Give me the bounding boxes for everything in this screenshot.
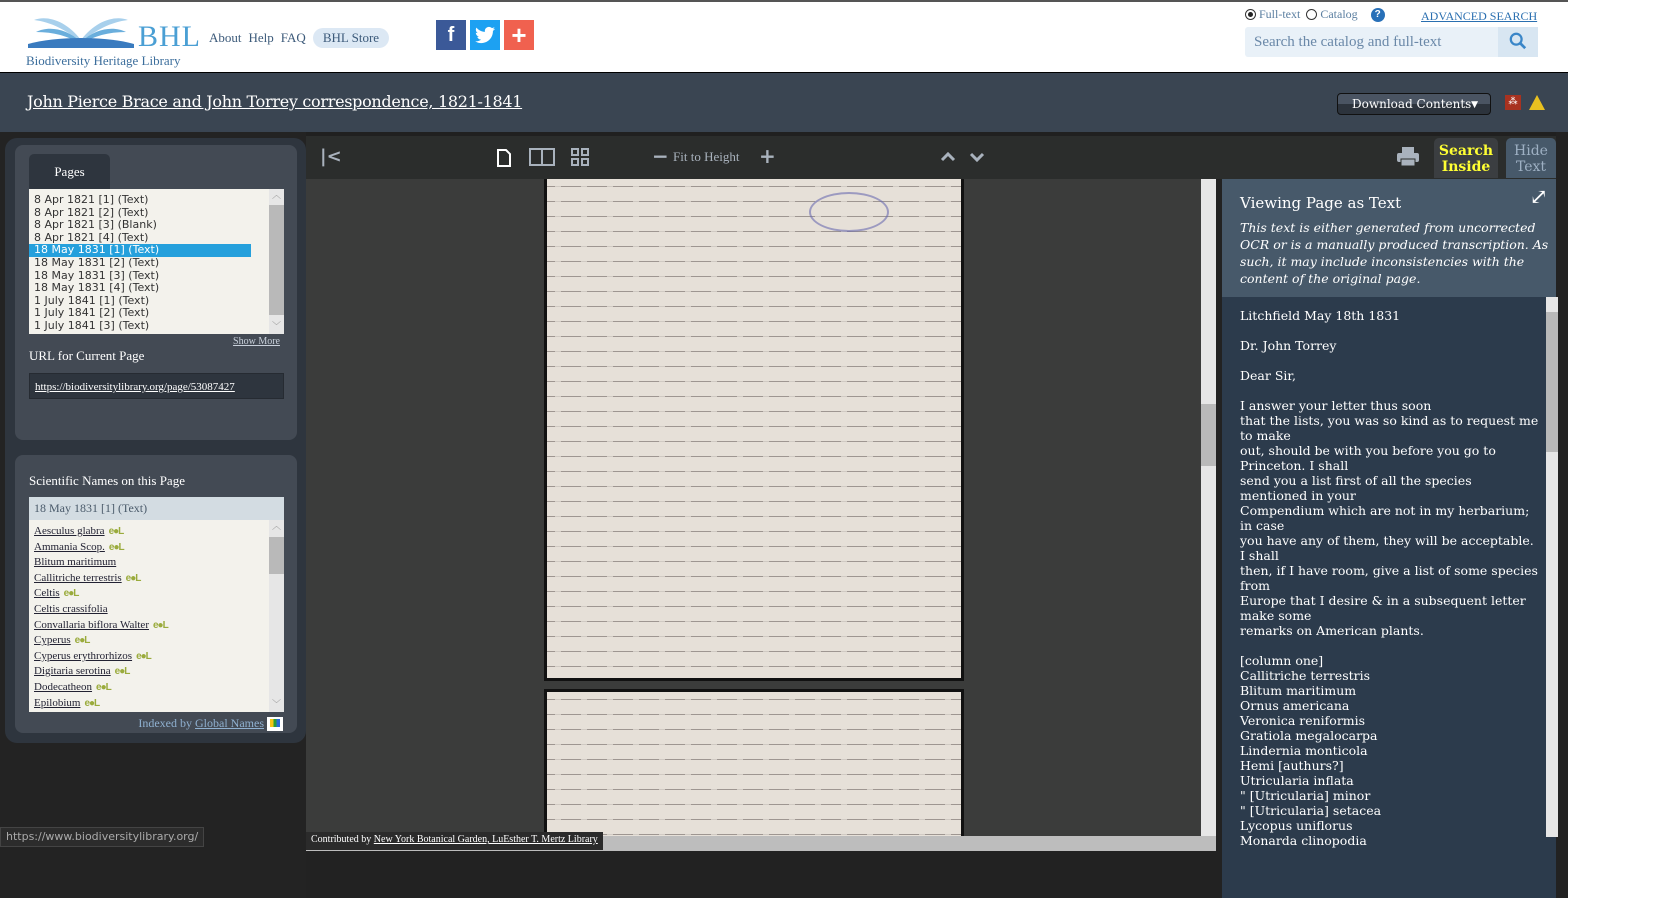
page-list-item[interactable]: 8 Apr 1821 [1] (Text) <box>29 194 251 207</box>
report-error-icon[interactable] <box>1529 95 1545 110</box>
eol-icon[interactable]: e●L <box>136 649 151 665</box>
help-icon[interactable]: ? <box>1371 8 1385 22</box>
name-item[interactable]: Ammania Scop.e●L <box>34 540 168 556</box>
single-page-view-icon[interactable] <box>496 148 512 168</box>
download-contents-button[interactable]: Download Contents ▼ <box>1337 93 1491 115</box>
eol-icon[interactable]: e●L <box>64 586 79 602</box>
url-label: URL for Current Page <box>29 348 144 364</box>
name-item[interactable]: Celtise●L <box>34 586 168 602</box>
first-page-icon[interactable]: |< <box>320 146 342 167</box>
scroll-down-icon[interactable]: ﹀ <box>269 320 284 334</box>
scientific-names-title: Scientific Names on this Page <box>29 473 185 489</box>
name-item[interactable]: Convallaria biflora Waltere●L <box>34 618 168 634</box>
search-box <box>1245 27 1538 57</box>
radio-fulltext[interactable] <box>1245 9 1256 20</box>
page-viewer[interactable] <box>306 179 1201 836</box>
print-icon[interactable] <box>1397 147 1419 167</box>
page-list-item[interactable]: 18 May 1831 [4] (Text) <box>29 282 251 295</box>
names-page-label: 18 May 1831 [1] (Text) <box>29 497 284 520</box>
ocr-disclaimer: This text is either generated from uncor… <box>1240 219 1550 287</box>
expand-icon[interactable]: ⤢ <box>1530 185 1548 210</box>
page-list[interactable]: 8 Apr 1821 [1] (Text) 8 Apr 1821 [2] (Te… <box>29 189 284 334</box>
name-item[interactable]: Digitaria serotinae●L <box>34 664 168 680</box>
eol-icon[interactable]: e●L <box>109 540 124 556</box>
scroll-down-icon[interactable]: ﹀ <box>269 698 284 712</box>
viewer-scrollbar[interactable] <box>1201 179 1216 836</box>
two-page-view-icon[interactable] <box>529 148 555 166</box>
text-pane-scrollbar[interactable] <box>1546 297 1558 837</box>
grid-view-icon[interactable] <box>571 148 589 166</box>
indexed-by: Indexed by Global Names <box>138 716 283 731</box>
radio-fulltext-label: Full-text <box>1259 7 1300 22</box>
contributor-link[interactable]: New York Botanical Garden, LuEsther T. M… <box>374 834 598 845</box>
status-bar-url: https://www.biodiversitylibrary.org/ <box>0 827 204 847</box>
nav-bhl-store[interactable]: BHL Store <box>313 28 389 48</box>
current-page-url[interactable]: https://biodiversitylibrary.org/page/530… <box>29 373 284 399</box>
name-item[interactable]: Cyperuse●L <box>34 633 168 649</box>
logo-subtitle: Biodiversity Heritage Library <box>26 53 181 69</box>
scientific-names-panel: Scientific Names on this Page 18 May 183… <box>15 455 297 733</box>
name-item[interactable]: Callitriche terrestrise●L <box>34 571 168 587</box>
eol-icon[interactable]: e●L <box>115 664 130 680</box>
search-input[interactable] <box>1245 27 1497 57</box>
pages-panel: Pages 8 Apr 1821 [1] (Text) 8 Apr 1821 [… <box>15 145 297 440</box>
zoom-out-icon[interactable]: − <box>652 144 669 168</box>
eol-icon[interactable]: e●L <box>96 680 111 696</box>
download-label: Download Contents <box>1352 97 1471 111</box>
name-item[interactable]: Celtis crassifolia <box>34 602 168 618</box>
scrollbar-thumb[interactable] <box>1201 404 1216 466</box>
twitter-icon[interactable] <box>470 20 500 50</box>
names-list-scrollbar[interactable]: ︿ ﹀ <box>269 520 284 712</box>
radio-catalog[interactable] <box>1306 9 1317 20</box>
scrollbar-thumb[interactable] <box>269 537 284 574</box>
top-nav: About Help FAQ BHL Store <box>209 28 389 48</box>
title-bar: John Pierce Brace and John Torrey corres… <box>0 72 1662 132</box>
facebook-icon[interactable]: f <box>436 20 466 50</box>
search-inside-button[interactable]: Search Inside <box>1434 138 1498 178</box>
global-names-icon[interactable] <box>267 717 283 731</box>
share-plus-icon[interactable]: + <box>504 20 534 50</box>
page-list-item[interactable]: 18 May 1831 [2] (Text) <box>29 257 251 270</box>
site-header: BHL Biodiversity Heritage Library About … <box>0 0 1662 72</box>
search-scope: Full-text Catalog ? <box>1245 7 1385 22</box>
nav-faq[interactable]: FAQ <box>281 30 306 46</box>
social-links: f + <box>436 20 534 50</box>
name-item[interactable]: Aesculus glabrae●L <box>34 524 168 540</box>
magnifier-icon <box>1509 32 1527 50</box>
manuscript-page-image <box>544 179 964 681</box>
advanced-search-link[interactable]: ADVANCED SEARCH <box>1421 9 1537 24</box>
scientific-names-list[interactable]: Aesculus glabrae●L Ammania Scop.e●L Blit… <box>29 520 284 712</box>
search-button[interactable] <box>1498 27 1538 57</box>
scrollbar-thumb[interactable] <box>1546 312 1558 452</box>
page-list-item[interactable]: 1 July 1841 [3] (Text) <box>29 320 251 333</box>
name-item[interactable]: Dodecatheone●L <box>34 680 168 696</box>
eol-icon[interactable]: e●L <box>75 633 90 649</box>
previous-page-icon[interactable] <box>940 152 956 162</box>
mendeley-icon[interactable]: ⁂ <box>1505 95 1521 110</box>
show-more-link[interactable]: Show More <box>233 336 280 347</box>
scroll-up-icon[interactable]: ︿ <box>269 189 284 203</box>
eol-icon[interactable]: e●L <box>109 524 124 540</box>
eol-icon[interactable]: e●L <box>153 618 168 634</box>
logo-text: BHL <box>138 20 201 54</box>
eol-icon[interactable]: e●L <box>126 571 141 587</box>
radio-catalog-label: Catalog <box>1320 7 1357 22</box>
chevron-down-icon: ▼ <box>1471 95 1478 115</box>
manuscript-page-image <box>544 689 964 836</box>
text-pane-title: Viewing Page as Text <box>1240 194 1401 212</box>
name-item[interactable]: Epilobiume●L <box>34 696 168 712</box>
zoom-in-icon[interactable]: + <box>759 144 776 168</box>
window-margin <box>1568 0 1662 898</box>
name-item[interactable]: Blitum maritimum <box>34 555 168 571</box>
contributed-by: Contributed by New York Botanical Garden… <box>306 832 603 850</box>
name-item[interactable]: Cyperus erythrorhizose●L <box>34 649 168 665</box>
page-list-item[interactable]: 8 Apr 1821 [3] (Blank) <box>29 219 251 232</box>
page-text-pane: Viewing Page as Text This text is either… <box>1222 179 1556 898</box>
nav-about[interactable]: About <box>209 30 242 46</box>
global-names-link[interactable]: Global Names <box>195 716 264 730</box>
viewer-toolbar: |< − Fit to Height + <box>306 132 1556 179</box>
item-title[interactable]: John Pierce Brace and John Torrey corres… <box>27 92 522 111</box>
scroll-up-icon[interactable]: ︿ <box>269 520 284 534</box>
text-pane-header: Viewing Page as Text This text is either… <box>1222 179 1556 297</box>
tab-pages[interactable]: Pages <box>29 154 110 189</box>
zoom-level[interactable]: Fit to Height <box>673 149 739 165</box>
page-list-scrollbar[interactable]: ︿ ﹀ <box>269 189 284 334</box>
library-stamp <box>809 192 889 232</box>
nav-help[interactable]: Help <box>249 30 274 46</box>
next-page-icon[interactable] <box>969 152 985 162</box>
bhl-logo[interactable]: BHL Biodiversity Heritage Library <box>26 10 206 70</box>
scrollbar-thumb[interactable] <box>269 205 284 315</box>
open-book-icon <box>26 10 136 50</box>
page-text: Litchfield May 18th 1831 Dr. John Torrey… <box>1240 308 1540 848</box>
hide-text-button[interactable]: Hide Text <box>1506 138 1556 178</box>
eol-icon[interactable]: e●L <box>84 696 99 712</box>
